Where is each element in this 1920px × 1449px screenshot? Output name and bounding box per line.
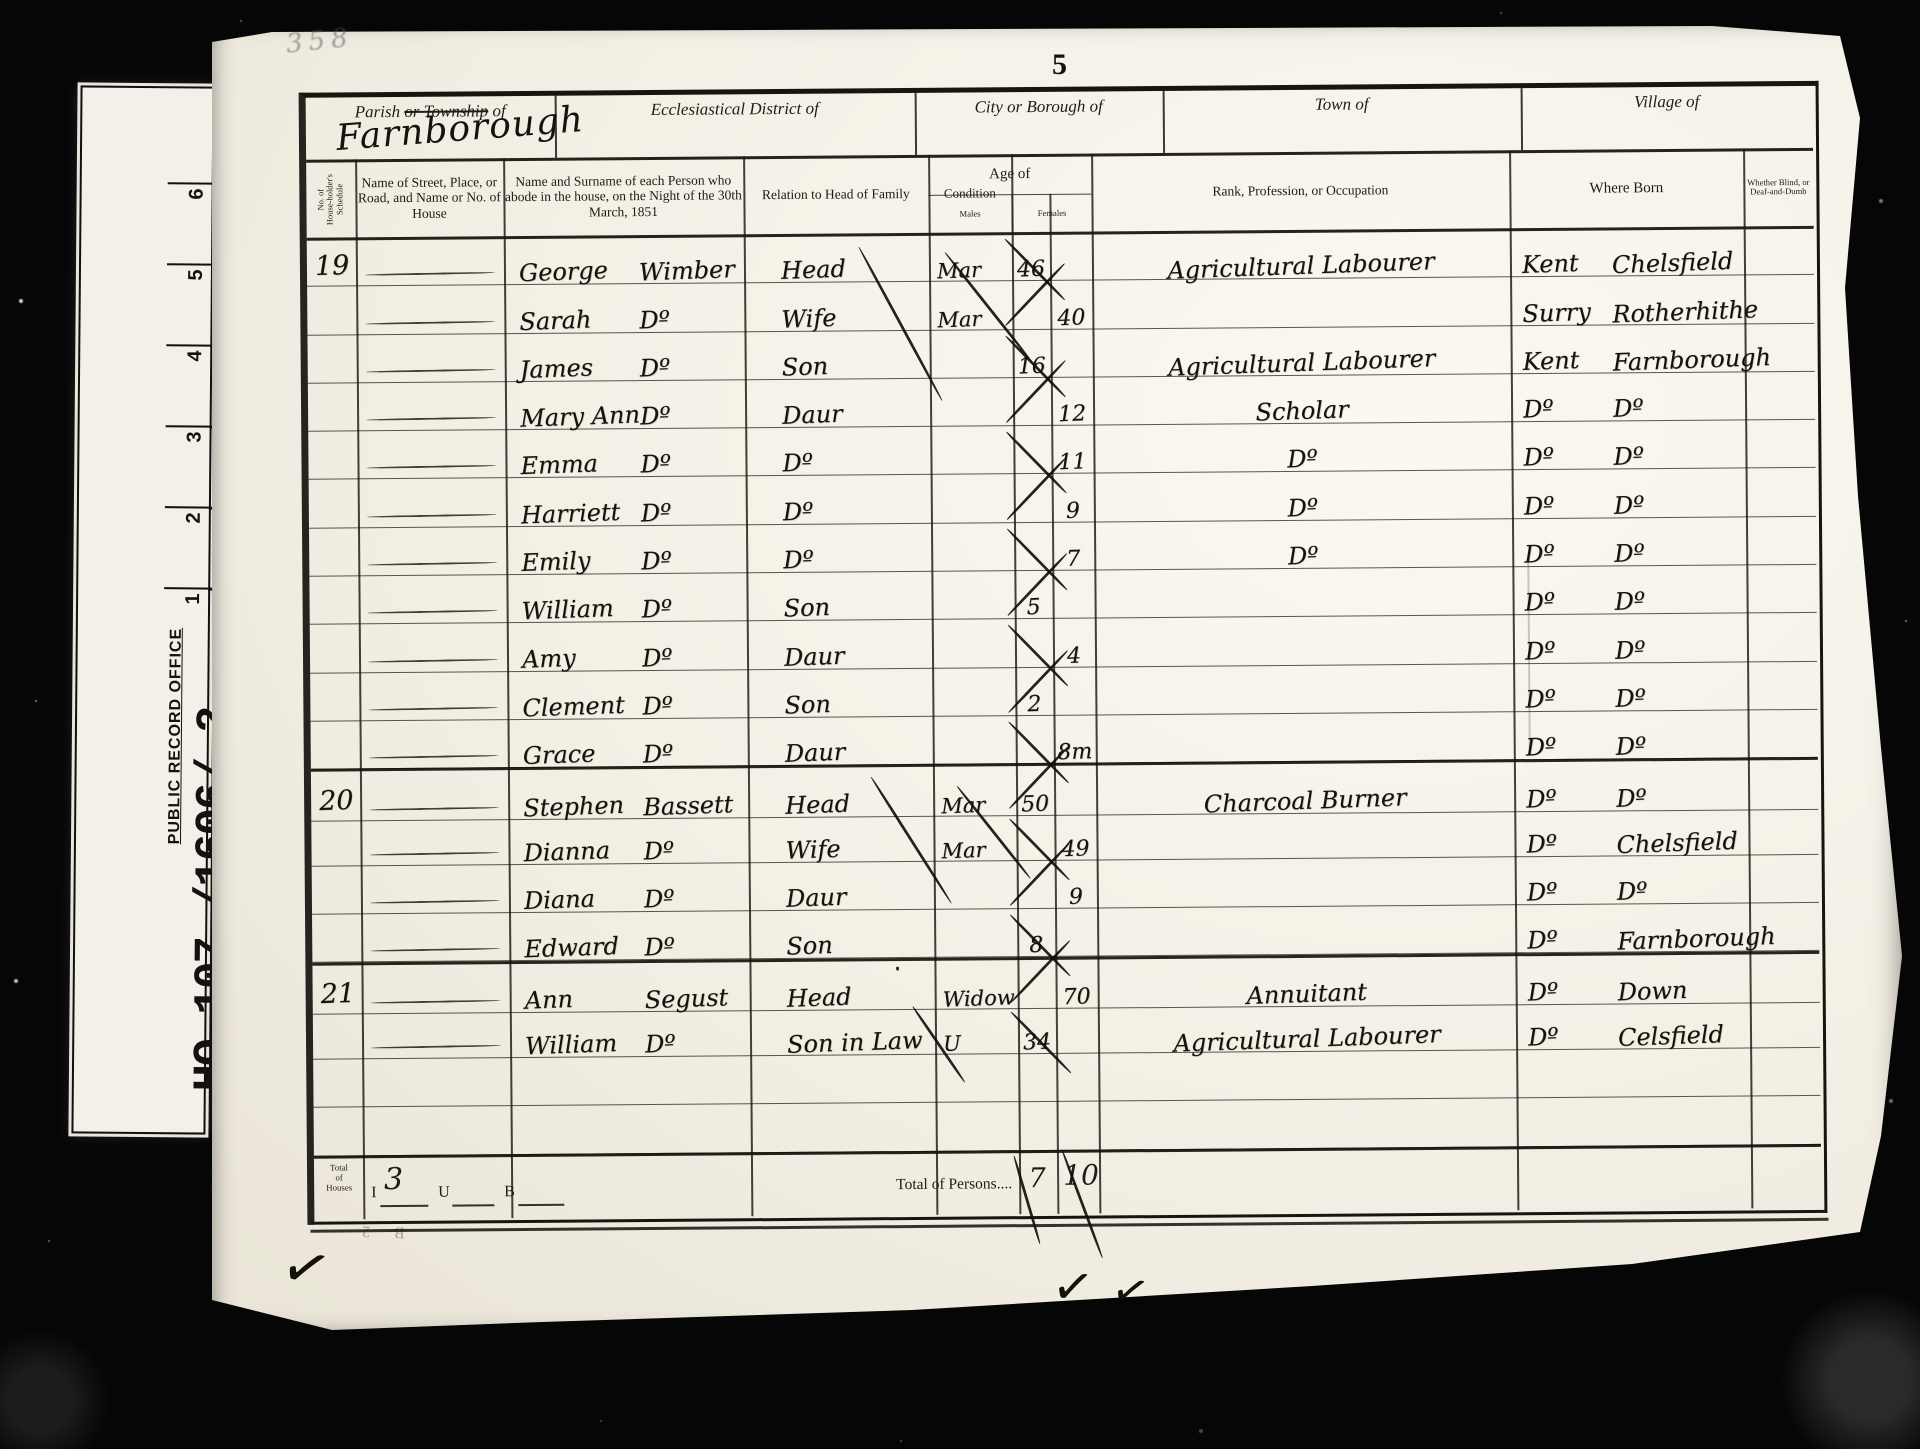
relation-value: Daur	[785, 883, 846, 913]
person-surname: Dº	[640, 402, 672, 431]
person-given-name: Grace	[522, 740, 596, 771]
street-ditto-dash	[370, 948, 500, 952]
born-county-value: Dº	[1524, 588, 1556, 617]
born-county-value: Dº	[1528, 1023, 1560, 1052]
born-county-value: Dº	[1523, 491, 1555, 520]
total-persons-label: Total of Persons....	[742, 1175, 1012, 1195]
age-males-subheader: Males	[928, 195, 1012, 232]
born-county-value: Dº	[1523, 443, 1555, 472]
uninhabited-letter: U	[438, 1184, 450, 1202]
village-cell: Village of	[1521, 86, 1813, 150]
schedule-number: 21	[320, 978, 355, 1010]
page-number: 5	[1052, 48, 1067, 82]
street-ditto-dash	[366, 368, 496, 372]
person-surname: Dº	[642, 740, 674, 769]
occupation-column-header: Rank, Profession, or Occupation	[1091, 150, 1510, 231]
city-borough-cell: City or Borough of	[915, 91, 1165, 155]
street-ditto-dash	[369, 755, 499, 759]
reference-card: PUBLIC RECORD OFFICE HO 107 /1606/ 2 Ref…	[71, 85, 214, 1134]
film-scan-background: PUBLIC RECORD OFFICE HO 107 /1606/ 2 Ref…	[0, 0, 1920, 1449]
relation-value: Dº	[783, 545, 815, 574]
age-females-subheader: Females	[1012, 195, 1091, 232]
blank-line	[380, 1205, 428, 1207]
street-ditto-dash	[371, 999, 501, 1003]
born-place-value: Dº	[1615, 636, 1647, 665]
tally-stroke	[896, 967, 899, 971]
person-given-name: Amy	[522, 644, 577, 674]
relation-value: Son	[786, 931, 833, 961]
born-county-value: Kent	[1521, 249, 1579, 279]
born-place-value: Dº	[1613, 442, 1645, 471]
person-surname: Dº	[644, 933, 676, 962]
building-letter: B	[504, 1183, 515, 1201]
where-born-column-header: Where Born	[1509, 148, 1744, 228]
schedule-number: 20	[319, 785, 354, 817]
street-ditto-dash	[367, 465, 497, 469]
census-table: Parish or Township of Farnborough Eccles…	[299, 81, 1828, 1225]
person-given-name: Emma	[520, 450, 598, 481]
relation-value: Daur	[784, 738, 845, 768]
born-county-value: Kent	[1522, 346, 1580, 376]
street-ditto-dash	[365, 320, 495, 324]
person-surname: Dº	[641, 547, 673, 576]
born-county-value: Dº	[1525, 733, 1557, 762]
person-surname: Dº	[643, 836, 675, 865]
age-male-value: 5	[1014, 595, 1053, 621]
relation-value: Son	[783, 593, 830, 623]
person-surname: Dº	[639, 353, 671, 382]
born-county-value: Dº	[1526, 878, 1558, 907]
street-ditto-dash	[369, 806, 499, 810]
check-mark: ✓	[1048, 1255, 1098, 1318]
age-female-value: 4	[1053, 643, 1096, 669]
schedule-column-header: No. of House-holder's Schedule	[316, 161, 345, 237]
born-place-value: Dº	[1613, 394, 1645, 423]
street-ditto-dash	[370, 851, 500, 855]
born-place-value: Dº	[1615, 732, 1647, 761]
person-given-name: Diana	[523, 885, 595, 916]
born-place-value: Dº	[1614, 539, 1646, 568]
relation-value: Wife	[781, 303, 837, 333]
street-ditto-dash	[365, 272, 495, 276]
born-place-value: Dº	[1615, 684, 1647, 713]
person-given-name: Emily	[521, 547, 591, 577]
street-ditto-dash	[368, 610, 498, 614]
relation-value: Daur	[784, 641, 845, 671]
street-ditto-dash	[368, 707, 498, 711]
person-surname: Dº	[640, 450, 672, 479]
totals-band: Total of Houses I 3 U B Total of Persons…	[314, 1144, 1821, 1223]
relation-column-header: Relation to Head of Family	[743, 155, 929, 234]
parish-cell: Parish or Township of Farnborough	[306, 96, 557, 160]
town-cell: Town of	[1163, 88, 1523, 153]
age-female-value: 11	[1051, 449, 1094, 475]
person-surname: Dº	[642, 643, 674, 672]
person-surname: Dº	[641, 595, 673, 624]
inhabited-houses-value: 3	[384, 1162, 403, 1197]
person-given-name: Sarah	[519, 305, 592, 336]
blank-line	[518, 1204, 564, 1206]
street-ditto-dash	[368, 658, 498, 662]
street-ditto-dash	[367, 513, 497, 517]
born-place-value: Dº	[1616, 877, 1648, 906]
relation-value: Wife	[785, 835, 841, 865]
born-county-value: Dº	[1523, 395, 1555, 424]
street-ditto-dash	[371, 1045, 501, 1049]
ecclesiastical-cell: Ecclesiastical District of	[555, 93, 917, 158]
relation-value: Dº	[782, 497, 814, 526]
street-ditto-dash	[366, 417, 496, 421]
born-place-value: Dº	[1613, 491, 1645, 520]
relation-value: Son	[781, 352, 828, 382]
age-female-value: 40	[1050, 305, 1093, 331]
blank-line	[452, 1204, 494, 1206]
schedule-number: 19	[314, 250, 349, 282]
born-county-value: Surry	[1522, 297, 1591, 327]
street-column-header: Name of Street, Place, or Road, and Name…	[355, 158, 504, 237]
relation-value: Daur	[782, 400, 843, 430]
born-county-value: Dº	[1525, 685, 1557, 714]
born-place-value: Dº	[1614, 587, 1646, 616]
relation-value: Son	[784, 690, 831, 720]
born-county-value: Dº	[1526, 829, 1558, 858]
dust-specks	[0, 0, 2, 2]
inhabited-letter: I	[371, 1184, 376, 1202]
born-county-value: Dº	[1525, 636, 1557, 665]
blind-column-header: Whether Blind, or Deaf-and-Dumb	[1743, 148, 1814, 227]
person-surname: Dº	[639, 305, 671, 334]
age-female-value: 9	[1051, 498, 1094, 524]
person-surname: Dº	[640, 498, 672, 527]
born-county-value: Dº	[1527, 926, 1559, 955]
age-female-value: 9	[1054, 884, 1097, 910]
person-surname: Dº	[642, 691, 674, 720]
relation-value: Dº	[782, 449, 814, 478]
street-ditto-dash	[370, 900, 500, 904]
born-county-value: Dº	[1524, 540, 1556, 569]
street-ditto-dash	[367, 562, 497, 566]
person-given-name: James	[519, 353, 593, 384]
relation-value: Head	[781, 255, 847, 285]
total-houses-label: Total of Houses	[315, 1162, 363, 1193]
person-surname: Dº	[643, 885, 675, 914]
person-surname: Dº	[645, 1030, 677, 1059]
name-column-header: Name and Surname of each Person who abod…	[503, 156, 744, 236]
age-male-value: 2	[1015, 691, 1054, 717]
age-column-header: Age of Males Females	[928, 154, 1092, 233]
age-female-value: 12	[1051, 401, 1094, 427]
